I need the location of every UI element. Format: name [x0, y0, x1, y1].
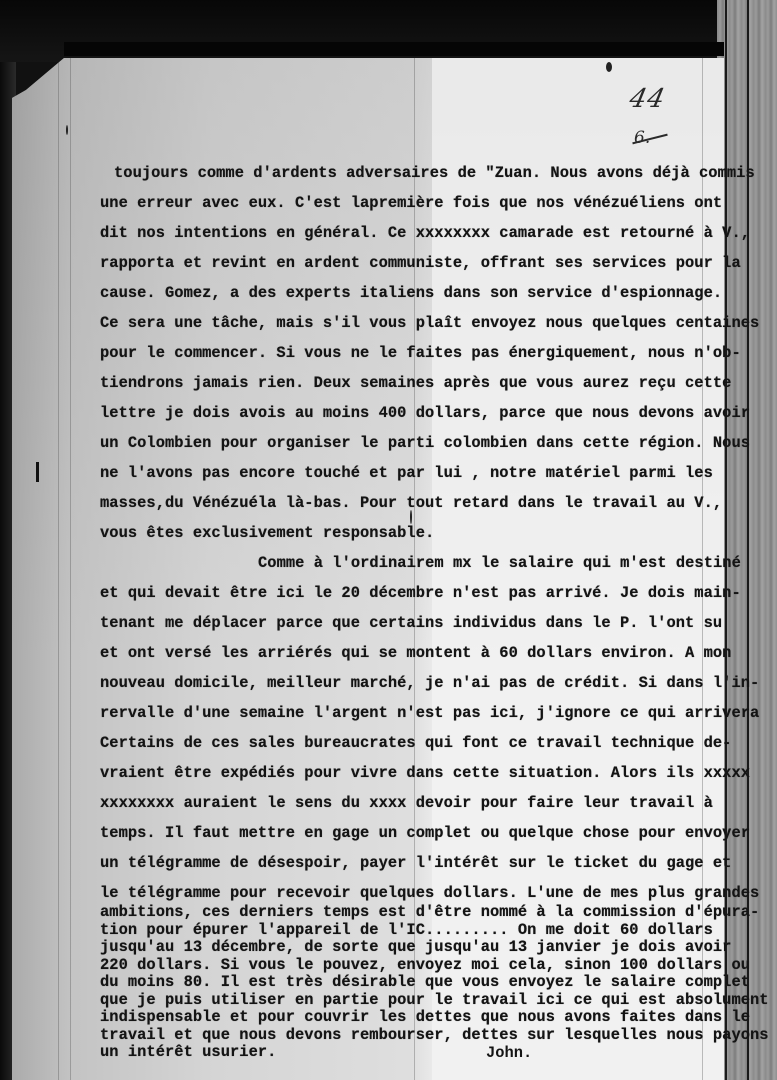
paper-crease: [70, 58, 71, 1080]
text-line: un intérêt usurier.: [100, 1044, 769, 1062]
text-line: masses,du Vénézuéla là-bas. Pour tout re…: [100, 488, 759, 518]
text-line: rervalle d'une semaine l'argent n'est pa…: [100, 698, 759, 728]
text-line: ne l'avons pas encore touché et par lui …: [100, 458, 759, 488]
text-line: et ont versé les arriérés qui se montent…: [100, 638, 759, 668]
text-line: 220 dollars. Si vous le pouvez, envoyez …: [100, 957, 769, 975]
text-line: que je puis utiliser en partie pour le t…: [100, 992, 769, 1010]
margin-mark: [36, 462, 39, 482]
paragraph-2: Comme à l'ordinairem mx le salaire qui m…: [100, 548, 759, 908]
ink-speck: [66, 125, 68, 135]
text-line: vous êtes exclusivement responsable.: [100, 518, 759, 548]
text-line: indispensable et pour couvrir les dettes…: [100, 1009, 769, 1027]
paragraph-1: toujours comme d'ardents adversaires de …: [100, 158, 759, 548]
text-line: ambitions, ces derniers temps est d'être…: [100, 904, 769, 922]
text-line: toujours comme d'ardents adversaires de …: [100, 158, 759, 188]
text-line: un Colombien pour organiser le parti col…: [100, 428, 759, 458]
text-line: cause. Gomez, a des experts italiens dan…: [100, 278, 759, 308]
text-line: rapporta et revint en ardent communiste,…: [100, 248, 759, 278]
text-line: travail et que nous devons rembourser, d…: [100, 1027, 769, 1045]
text-line: et qui devait être ici le 20 décembre n'…: [100, 578, 759, 608]
text-line: vraient être expédiés pour vivre dans ce…: [100, 758, 759, 788]
text-line: Certains de ces sales bureaucrates qui f…: [100, 728, 759, 758]
text-line: tenant me déplacer parce que certains in…: [100, 608, 759, 638]
folio-number: 44: [627, 84, 668, 114]
ink-speck: [606, 62, 612, 72]
paragraph-3: ambitions, ces derniers temps est d'être…: [100, 904, 769, 1062]
sheet-top-edge: [64, 42, 724, 56]
text-line: dit nos intentions en général. Ce xxxxxx…: [100, 218, 759, 248]
paper-crease: [58, 58, 59, 1080]
text-line: lettre je dois avois au moins 400 dollar…: [100, 398, 759, 428]
ink-speck: [410, 510, 412, 524]
text-line: du moins 80. Il est très désirable que v…: [100, 974, 769, 992]
text-line: jusqu'au 13 décembre, de sorte que jusqu…: [100, 939, 769, 957]
text-line: Comme à l'ordinairem mx le salaire qui m…: [100, 548, 759, 578]
text-line: un télégramme de désespoir, payer l'inté…: [100, 848, 759, 878]
text-line: nouveau domicile, meilleur marché, je n'…: [100, 668, 759, 698]
text-line: une erreur avec eux. C'est lapremière fo…: [100, 188, 759, 218]
text-line: tiendrons jamais rien. Deux semaines apr…: [100, 368, 759, 398]
text-line: pour le commencer. Si vous ne le faites …: [100, 338, 759, 368]
text-line: temps. Il faut mettre en gage un complet…: [100, 818, 759, 848]
text-line: tion pour épurer l'appareil de l'IC.....…: [100, 922, 769, 940]
text-line: xxxxxxxx auraient le sens du xxxx devoir…: [100, 788, 759, 818]
text-line: Ce sera une tâche, mais s'il vous plaît …: [100, 308, 759, 338]
signature: John.: [486, 1044, 532, 1062]
